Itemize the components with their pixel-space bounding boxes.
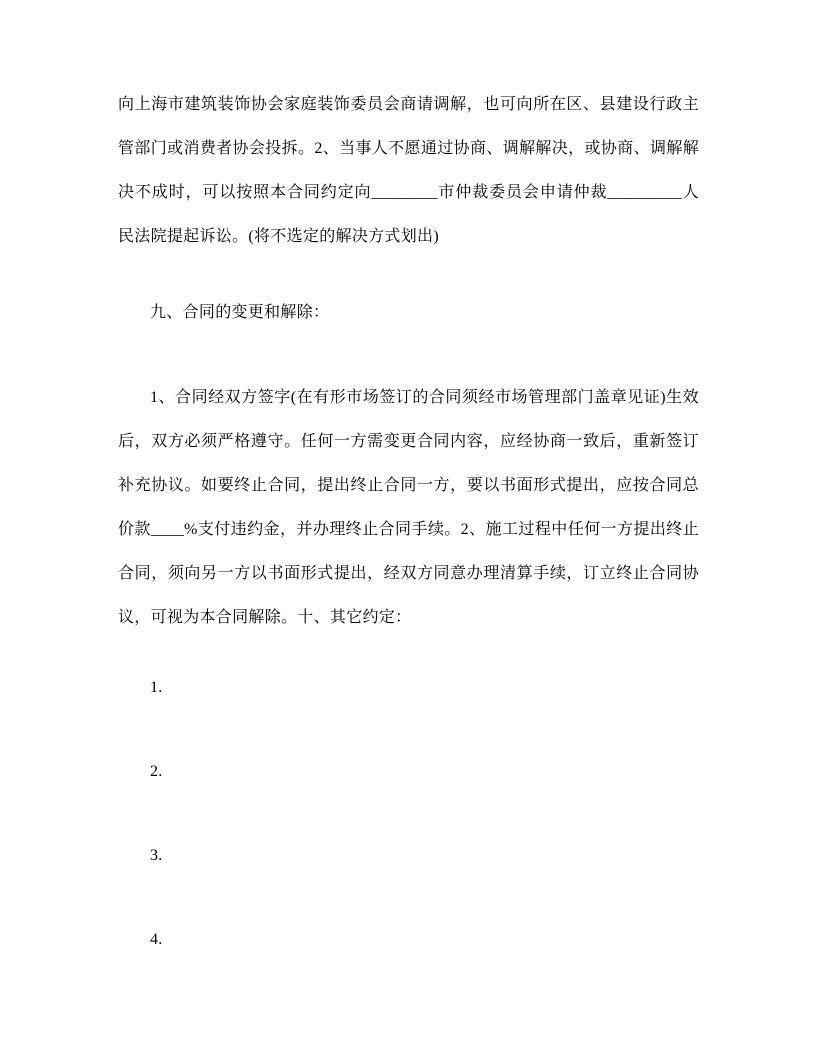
- other-agreement-item-1: 1.: [118, 666, 699, 710]
- other-agreement-item-3: 3.: [118, 834, 699, 878]
- paragraph-dispute-resolution: 向上海市建筑装饰协会家庭装饰委员会商请调解，也可向所在区、县建设行政主管部门或消…: [118, 83, 699, 259]
- section-9-heading: 九、合同的变更和解除：: [118, 291, 699, 335]
- document-content: 向上海市建筑装饰协会家庭装饰委员会商请调解，也可向所在区、县建设行政主管部门或消…: [118, 83, 699, 962]
- other-agreement-item-2: 2.: [118, 750, 699, 794]
- other-agreement-item-4: 4.: [118, 918, 699, 962]
- document-page: 向上海市建筑装饰协会家庭装饰委员会商请调解，也可向所在区、县建设行政主管部门或消…: [0, 0, 816, 1056]
- paragraph-section-9-body: 1、合同经双方签字(在有形市场签订的合同须经市场管理部门盖章见证)生效后，双方必…: [118, 376, 699, 640]
